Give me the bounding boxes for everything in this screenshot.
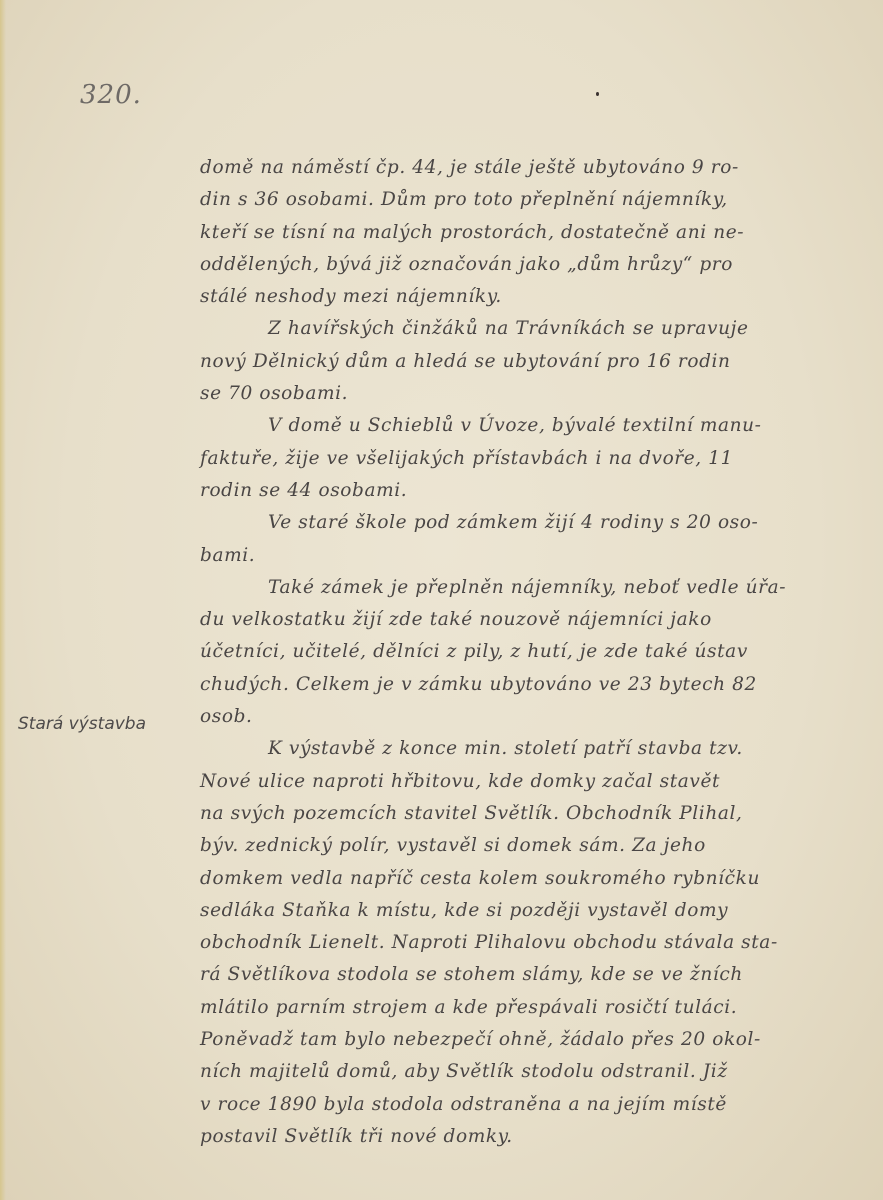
text-line: kteří se tísní na malých prostorách, dos… xyxy=(200,217,850,249)
text-line: Z havířských činžáků na Trávníkách se up… xyxy=(200,313,850,345)
text-line: V domě u Schieblů v Úvoze, bývalé textil… xyxy=(200,410,850,442)
text-line: stálé neshody mezi nájemníky. xyxy=(200,281,850,313)
manuscript-page: 320. Stará výstavba domě na náměstí čp. … xyxy=(0,0,883,1200)
page-number: 320. xyxy=(80,80,142,110)
text-line: oddělených, bývá již označován jako „dům… xyxy=(200,249,850,281)
text-line: Nové ulice naproti hřbitovu, kde domky z… xyxy=(200,766,850,798)
text-line: domkem vedla napříč cesta kolem soukromé… xyxy=(200,863,850,895)
text-line: rodin se 44 osobami. xyxy=(200,475,850,507)
text-line: Poněvadž tam bylo nebezpečí ohně, žádalo… xyxy=(200,1024,850,1056)
text-line: faktuře, žije ve všelijakých přístavbách… xyxy=(200,443,850,475)
text-line: ních majitelů domů, aby Světlík stodolu … xyxy=(200,1056,850,1088)
text-line: chudých. Celkem je v zámku ubytováno ve … xyxy=(200,669,850,701)
text-line: rá Světlíkova stodola se stohem slámy, k… xyxy=(200,959,850,991)
text-line: býv. zednický polír, vystavěl si domek s… xyxy=(200,830,850,862)
text-line: postavil Světlík tři nové domky. xyxy=(200,1121,850,1153)
text-line: nový Dělnický dům a hledá se ubytování p… xyxy=(200,346,850,378)
ink-spot xyxy=(596,92,599,96)
text-line: Ve staré škole pod zámkem žijí 4 rodiny … xyxy=(200,507,850,539)
text-line: v roce 1890 byla stodola odstraněna a na… xyxy=(200,1089,850,1121)
text-line: du velkostatku žijí zde také nouzově náj… xyxy=(200,604,850,636)
text-line: bami. xyxy=(200,540,850,572)
handwritten-body-text: domě na náměstí čp. 44, je stále ještě u… xyxy=(200,152,850,1153)
text-line: sedláka Staňka k místu, kde si později v… xyxy=(200,895,850,927)
text-line: na svých pozemcích stavitel Světlík. Obc… xyxy=(200,798,850,830)
text-line: din s 36 osobami. Dům pro toto přeplnění… xyxy=(200,184,850,216)
margin-note-stara-vystavba: Stará výstavba xyxy=(18,714,146,734)
text-line: účetníci, učitelé, dělníci z pily, z hut… xyxy=(200,636,850,668)
text-line: K výstavbě z konce min. století patří st… xyxy=(200,733,850,765)
text-line: obchodník Lienelt. Naproti Plihalovu obc… xyxy=(200,927,850,959)
text-line: domě na náměstí čp. 44, je stále ještě u… xyxy=(200,152,850,184)
text-line: se 70 osobami. xyxy=(200,378,850,410)
text-line: osob. xyxy=(200,701,850,733)
text-line: mlátilo parním strojem a kde přespávali … xyxy=(200,992,850,1024)
text-line: Také zámek je přeplněn nájemníky, neboť … xyxy=(200,572,850,604)
